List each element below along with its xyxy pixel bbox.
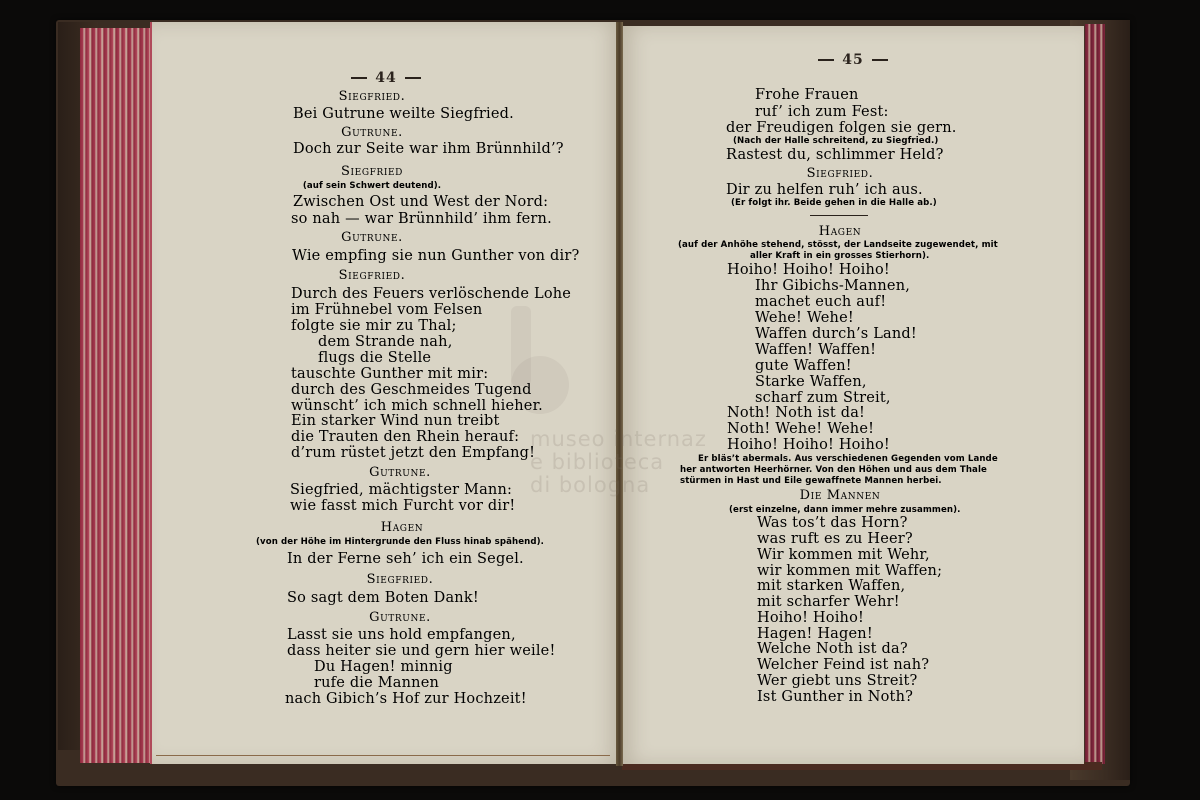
speaker-name: Gutrune. xyxy=(369,610,431,625)
verse-line: Waffen! Waffen! xyxy=(755,342,876,358)
stage-direction: (erst einzelne, dann immer mehre zusamme… xyxy=(729,505,961,515)
dash-decoration xyxy=(818,59,834,61)
verse-line: mit starken Waffen, xyxy=(757,578,905,594)
verse-line: Hoiho! Hoiho! xyxy=(757,610,864,626)
verse-line: Welche Noth ist da? xyxy=(757,641,908,657)
verse-line: dass heiter sie und gern hier weile! xyxy=(287,643,555,659)
page-number-left: 44 xyxy=(152,70,620,86)
speaker-name: Hagen xyxy=(381,520,423,535)
page-number-text: 44 xyxy=(375,70,396,86)
verse-line: Starke Waffen, xyxy=(755,374,867,390)
stage-direction: stürmen in Hast und Eile gewaffnete Mann… xyxy=(680,476,942,486)
verse-line: scharf zum Streit, xyxy=(755,390,891,406)
verse-line: So sagt dem Boten Dank! xyxy=(287,590,479,606)
verse-line: Rastest du, schlimmer Held? xyxy=(726,147,944,163)
stage-direction: (Nach der Halle schreitend, zu Siegfried… xyxy=(733,136,938,146)
section-separator xyxy=(810,215,868,216)
verse-line: flugs die Stelle xyxy=(318,350,431,366)
dash-decoration xyxy=(351,77,367,79)
dash-decoration xyxy=(872,59,888,61)
stage-direction: (Er folgt ihr. Beide gehen in die Halle … xyxy=(731,198,937,208)
verse-line: Du Hagen! minnig xyxy=(314,659,453,675)
verse-line: Bei Gutrune weilte Siegfried. xyxy=(293,106,514,122)
verse-line: im Frühnebel vom Felsen xyxy=(291,302,482,318)
verse-line: mit scharfer Wehr! xyxy=(757,594,900,610)
verse-line: tauschte Gunther mit mir: xyxy=(291,366,488,382)
watermark-line: di bologna xyxy=(530,473,650,497)
page-number-text: 45 xyxy=(842,52,863,68)
speaker-name: Siegfried. xyxy=(807,166,874,181)
verse-line: Durch des Feuers verlöschende Lohe xyxy=(291,286,571,302)
verse-line: Zwischen Ost und West der Nord: xyxy=(293,194,548,210)
verse-line: Hagen! Hagen! xyxy=(757,626,873,642)
verse-line: Wer giebt uns Streit? xyxy=(757,673,918,689)
speaker-name: Gutrune. xyxy=(341,230,403,245)
verse-line: Doch zur Seite war ihm Brünnhild’? xyxy=(293,141,564,157)
verse-line: Frohe Frauen xyxy=(755,87,859,103)
verse-line: Wir kommen mit Wehr, xyxy=(757,547,930,563)
stage-direction: (von der Höhe im Hintergrunde den Fluss … xyxy=(256,537,544,547)
verse-line: folgte sie mir zu Thal; xyxy=(291,318,457,334)
verse-line: d’rum rüstet jetzt den Empfang! xyxy=(291,445,535,461)
verse-line: Waffen durch’s Land! xyxy=(755,326,917,342)
watermark-text: museo internaz e biblioteca di bologna xyxy=(530,428,707,497)
page-number-right: 45 xyxy=(622,52,1084,68)
verse-line: rufe die Mannen xyxy=(314,675,439,691)
verse-line: Ihr Gibichs-Mannen, xyxy=(755,278,910,294)
verse-line: Wehe! Wehe! xyxy=(755,310,854,326)
verse-line: wir kommen mit Waffen; xyxy=(757,563,942,579)
watermark-line: e biblioteca xyxy=(530,450,664,474)
dash-decoration xyxy=(405,77,421,79)
speaker-name: Gutrune. xyxy=(341,125,403,140)
speaker-name: Siegfried. xyxy=(339,89,406,104)
verse-line: die Trauten den Rhein herauf: xyxy=(291,429,519,445)
speaker-name: Siegfried. xyxy=(367,572,434,587)
speaker-name: Siegfried xyxy=(341,164,403,179)
stage-direction: (auf sein Schwert deutend). xyxy=(303,181,441,191)
verse-line: Siegfried, mächtigster Mann: xyxy=(290,482,512,498)
verse-line: In der Ferne seh’ ich ein Segel. xyxy=(287,551,524,567)
speaker-name: Die Mannen xyxy=(800,488,881,503)
book-gutter xyxy=(616,22,623,766)
verse-line: Hoiho! Hoiho! Hoiho! xyxy=(727,437,890,453)
verse-line: machet euch auf! xyxy=(755,294,886,310)
verse-line: Dir zu helfen ruh’ ich aus. xyxy=(726,182,923,198)
speaker-name: Siegfried. xyxy=(339,268,406,283)
verse-line: Hoiho! Hoiho! Hoiho! xyxy=(727,262,890,278)
verse-line: wie fasst mich Furcht vor dir! xyxy=(290,498,515,514)
verse-line: Wie empfing sie nun Gunther von dir? xyxy=(292,248,579,264)
verse-line: gute Waffen! xyxy=(755,358,852,374)
verse-line: Noth! Noth ist da! xyxy=(727,405,865,421)
stage-direction: her antworten Heerhörner. Von den Höhen … xyxy=(680,465,987,475)
verse-line: Ein starker Wind nun treibt xyxy=(291,413,500,429)
speaker-name: Gutrune. xyxy=(369,465,431,480)
verse-line: wünscht’ ich mich schnell hieher. xyxy=(291,398,543,414)
stage-direction: (auf der Anhöhe stehend, stösst, der Lan… xyxy=(678,240,998,250)
verse-line: Welcher Feind ist nah? xyxy=(757,657,929,673)
verse-line: was ruft es zu Heer? xyxy=(757,531,913,547)
verse-line: dem Strande nah, xyxy=(318,334,453,350)
watermark-line: museo internaz xyxy=(530,427,707,451)
verse-line: ruf’ ich zum Fest: xyxy=(755,104,889,120)
speaker-name: Hagen xyxy=(819,224,861,239)
stage-direction: Er bläs’t abermals. Aus verschiedenen Ge… xyxy=(698,454,998,464)
stage-direction: aller Kraft in ein grosses Stierhorn). xyxy=(750,251,929,261)
verse-line: der Freudigen folgen sie gern. xyxy=(726,120,957,136)
page-stack-right-red-edges xyxy=(1085,24,1105,764)
bottom-border-rule xyxy=(156,755,610,756)
verse-line: Noth! Wehe! Wehe! xyxy=(727,421,874,437)
verse-line: Ist Gunther in Noth? xyxy=(757,689,913,705)
verse-line: Was tos’t das Horn? xyxy=(757,515,908,531)
verse-line: nach Gibich’s Hof zur Hochzeit! xyxy=(285,691,527,707)
verse-line: so nah — war Brünnhild’ ihm fern. xyxy=(291,211,552,227)
verse-line: Lasst sie uns hold empfangen, xyxy=(287,627,516,643)
verse-line: durch des Geschmeides Tugend xyxy=(291,382,532,398)
